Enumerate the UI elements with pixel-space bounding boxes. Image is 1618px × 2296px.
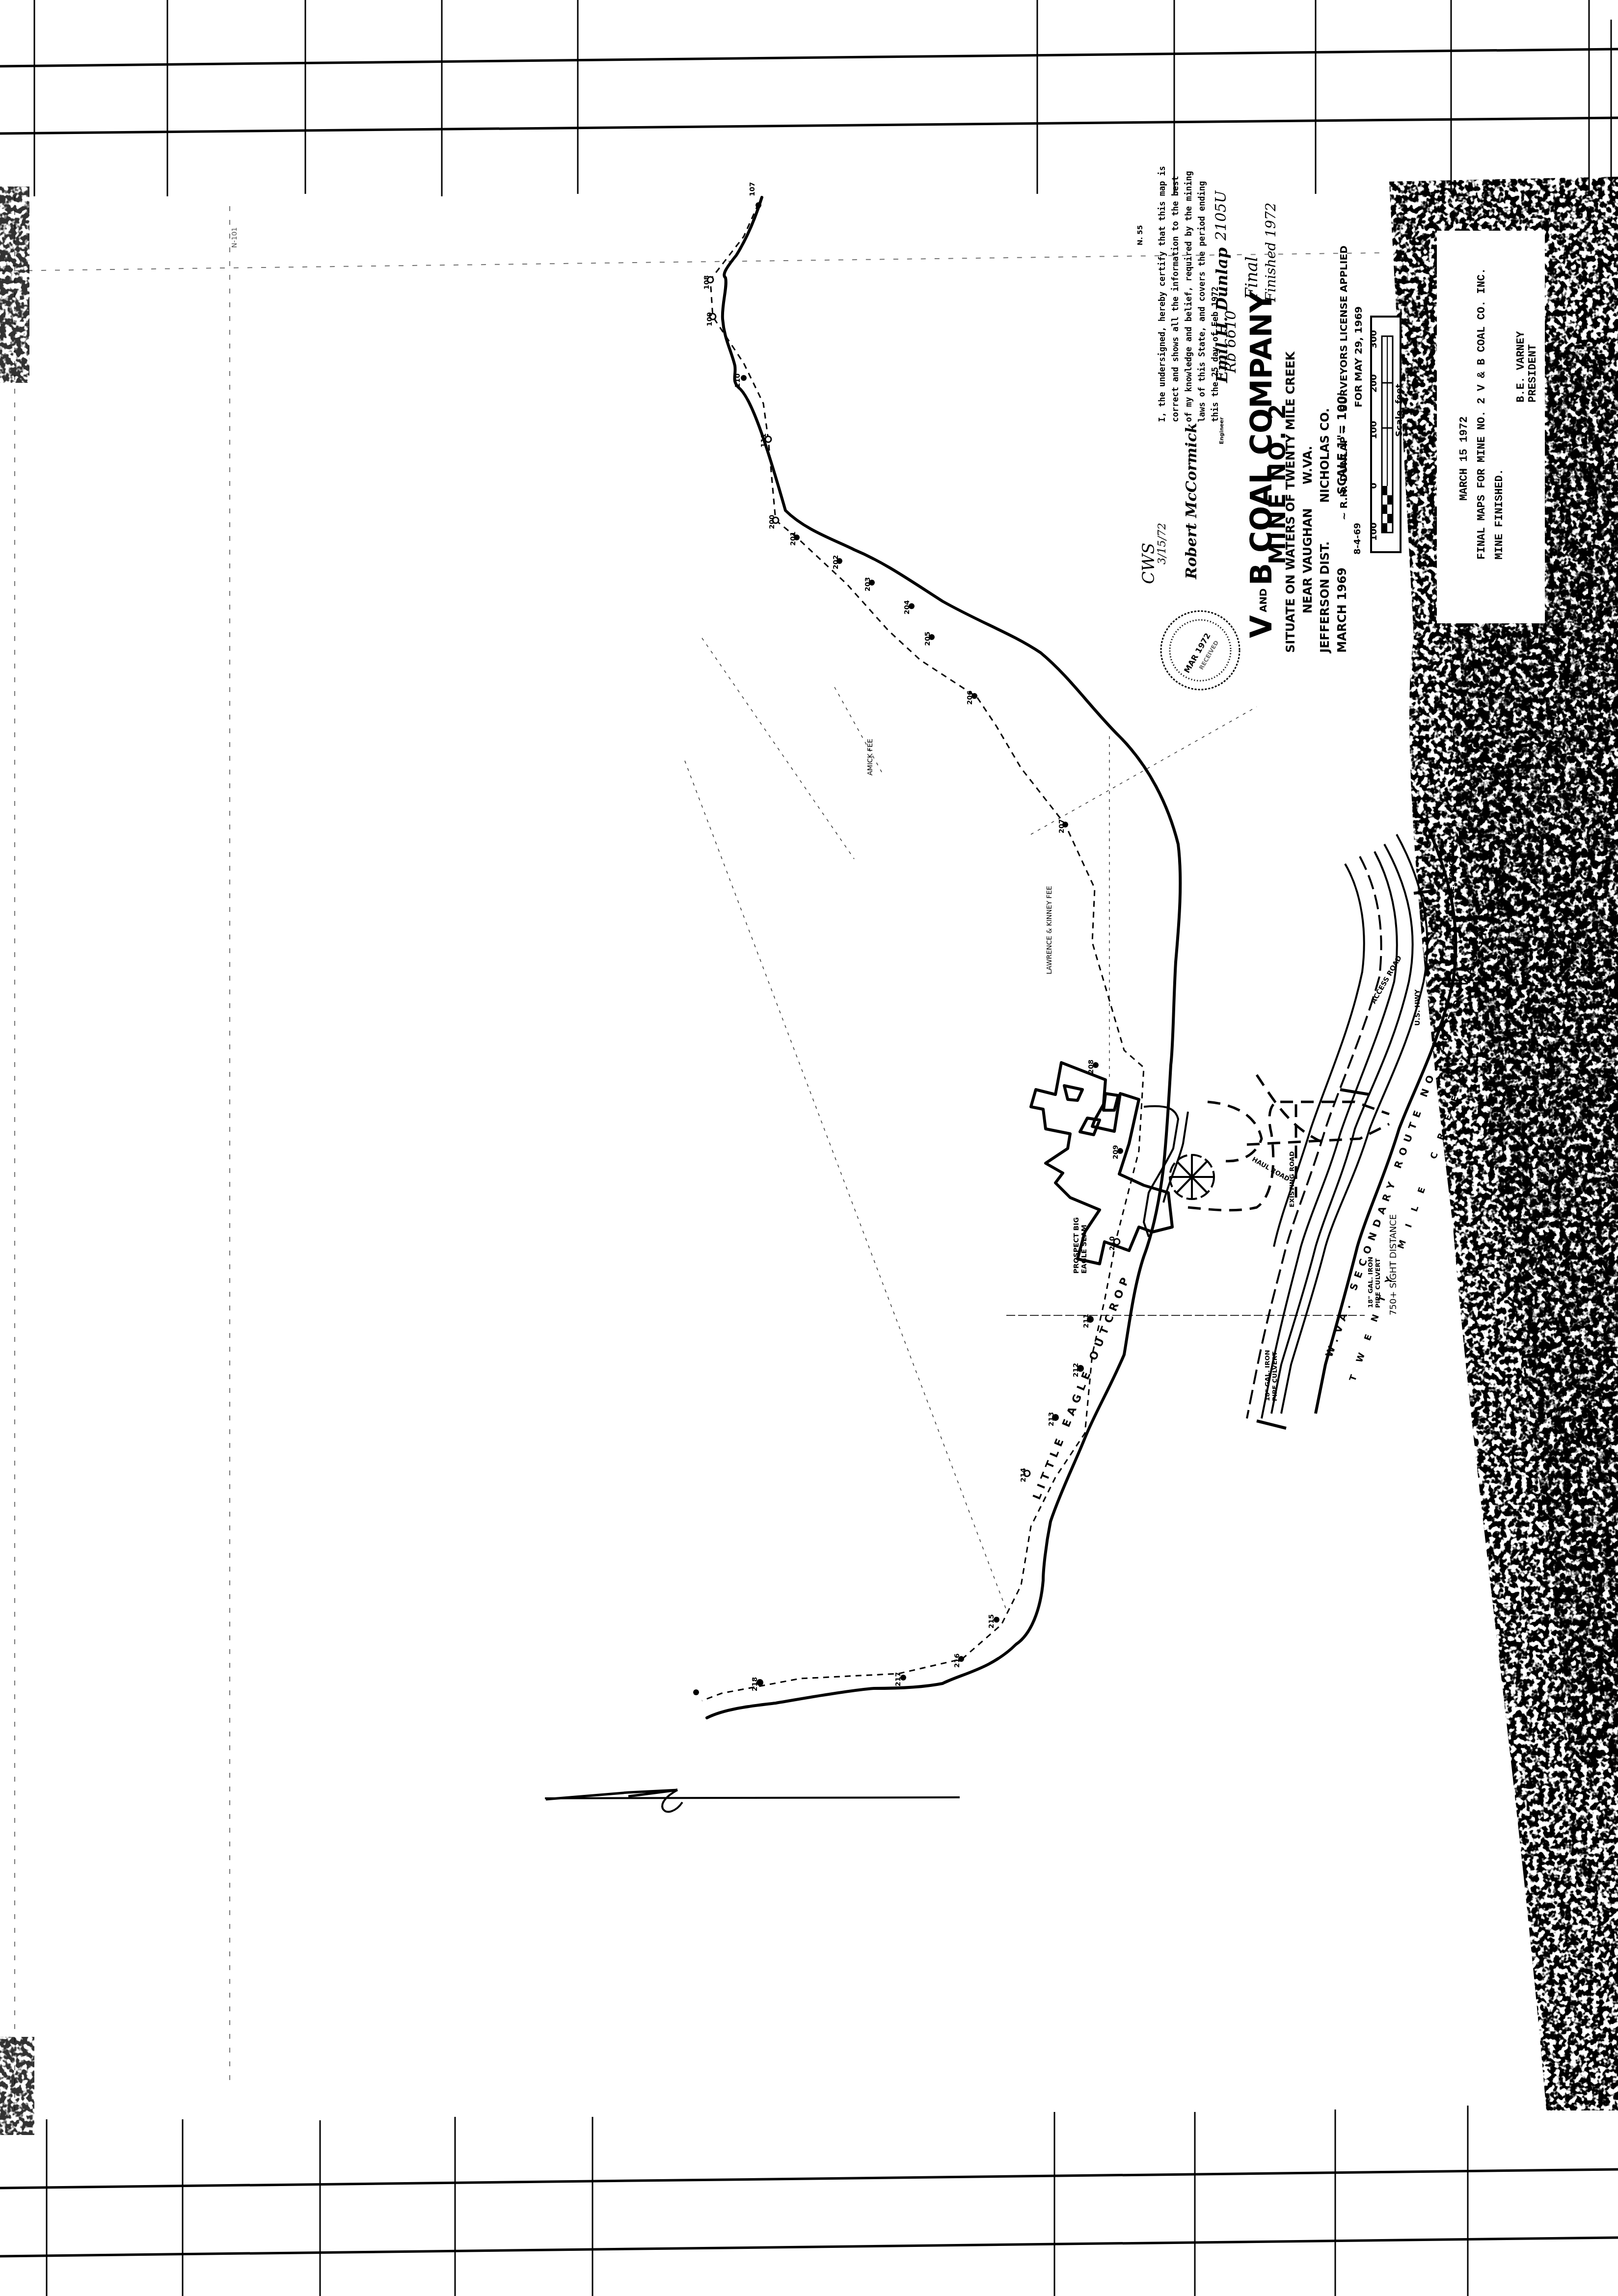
initials-date: 3/15/72 — [1156, 523, 1168, 564]
note-card-text: MARCH 15 1972 FINAL MAPS FOR MINE NO. 2 … — [1456, 268, 1539, 560]
title-revision: 8-4-69 — [1352, 523, 1363, 555]
near-text: NEAR VAUGHAN — [1301, 508, 1315, 614]
station-label: 215 — [988, 1614, 996, 1629]
station-label: 209 — [1112, 1145, 1120, 1159]
annotation-final: Final — [1242, 256, 1262, 299]
district-text: JEFFERSON DIST. — [1318, 541, 1332, 653]
station-label: 204 — [903, 600, 911, 614]
situate-text: SITUATE ON WATERS OF TWENTY MILE CREEK — [1284, 351, 1297, 653]
label-existing-road: EXISTING ROAD — [1289, 1151, 1296, 1207]
title-situate: SITUATE ON WATERS OF TWENTY MILE CREEK — [1284, 351, 1297, 653]
label-culvert-2: 18" GAL. IRON PIPE CULVERT — [1264, 1347, 1279, 1401]
station-label: 207 — [1058, 819, 1066, 833]
engineer-signature: Emil H. Dunlap — [1213, 247, 1231, 383]
station-label: 108 — [703, 275, 711, 290]
date-text: MARCH 1969 — [1335, 567, 1349, 653]
station-label: 110 — [734, 374, 742, 388]
station-label: 202 — [832, 555, 840, 569]
scale-caption: Scale, feet — [1394, 384, 1404, 437]
cert-line-1: I, the undersigned, hereby certify that … — [1156, 166, 1169, 422]
scale-tick-0: 0 — [1369, 482, 1379, 489]
scale-tick-neg100: 100 — [1369, 522, 1379, 541]
note-date: MARCH 15 1972 — [1456, 268, 1473, 560]
title-license-date: FOR MAY 29, 1969 — [1352, 306, 1364, 407]
surveyor-name: ~ R.H. DUNLAP ~ — [1338, 425, 1349, 520]
label-grid: N-101 — [231, 227, 239, 248]
label-fee-2: AMICK FEE — [866, 739, 874, 775]
station-label: 212 — [1072, 1363, 1080, 1377]
station-label: 109 — [706, 312, 714, 326]
state-text: W.VA. — [1301, 446, 1315, 484]
cert-line-3: of my knowledge and belief, required by … — [1183, 166, 1196, 422]
cert-line-2: correct and shows all the information to… — [1169, 166, 1183, 422]
coordinate-grid — [0, 196, 1384, 2110]
label-highway: U.S. HWY — [1414, 989, 1422, 1026]
station-label: 203 — [864, 577, 872, 591]
title-near: NEAR VAUGHAN W.VA. — [1301, 446, 1315, 614]
engineer-caption: Engineer — [1218, 417, 1225, 444]
title-district: JEFFERSON DIST. NICHOLAS CO. — [1318, 408, 1332, 653]
station-label: 200 — [768, 515, 776, 529]
label-fee-1: LAWRENCE & KINNEY FEE — [1046, 886, 1053, 974]
note-signer-title: PRESIDENT — [1527, 268, 1539, 560]
station-label: 208 — [1087, 1060, 1095, 1074]
station-label: 111 — [760, 433, 768, 448]
title-surveyor: ~ R.H. DUNLAP ~ SURVEYORS LICENSE APPLIE… — [1338, 245, 1349, 520]
initials-signature: CWS — [1139, 543, 1159, 584]
station-label: 218 — [751, 1677, 759, 1691]
station-label: 213 — [1048, 1412, 1055, 1426]
note-line-2: MINE FINISHED. — [1491, 268, 1509, 560]
label-railroad: L.E. LONGMAN — [1448, 842, 1456, 898]
scale-tick-300: 300 — [1369, 330, 1379, 348]
top-grid-border — [0, 0, 1618, 196]
property-lines — [685, 638, 1257, 1610]
bottom-grid-border — [0, 2106, 1618, 2296]
label-sight-distance: 750+ SIGHT DISTANCE — [1388, 1214, 1399, 1315]
label-prospect: PROSPECT BIG EAGLE SEAM — [1073, 1215, 1088, 1274]
company-and: AND — [1257, 588, 1269, 613]
license-text: SURVEYORS LICENSE APPLIED — [1338, 245, 1349, 411]
license-number: 2105U — [1213, 190, 1230, 240]
station-label: 205 — [924, 632, 932, 646]
station-label: 107 — [749, 182, 756, 196]
station-label: 206 — [966, 691, 974, 705]
cert-line-4: laws of this State, and covers the perio… — [1196, 166, 1209, 422]
north-arrow-icon — [545, 1790, 960, 1812]
note-signer: B.E. VARNEY — [1515, 268, 1527, 560]
county-text: NICHOLAS CO. — [1318, 408, 1332, 503]
station-label: 210 — [1108, 1236, 1116, 1251]
station-label: 211 — [1082, 1314, 1090, 1328]
station-label: 214 — [1020, 1468, 1027, 1482]
station-label: 216 — [953, 1654, 961, 1668]
station-label: 217 — [894, 1672, 902, 1686]
approver-signature: Robert McCormick — [1183, 423, 1200, 579]
license-date: FOR MAY 29, 1969 — [1352, 306, 1364, 407]
scan-noise-left — [0, 187, 34, 2135]
note-line-1: FINAL MAPS FOR MINE NO. 2 V & B COAL CO.… — [1473, 268, 1491, 560]
north-label: N. 55 — [1136, 225, 1144, 245]
annotation-finished: Finished 1972 — [1263, 203, 1279, 302]
company-prefix: V — [1244, 615, 1279, 638]
scale-tick-100: 100 — [1369, 421, 1379, 439]
station-label: 201 — [789, 532, 797, 546]
scale-tick-200: 200 — [1369, 374, 1379, 393]
traverse-line — [702, 204, 1144, 1701]
label-culvert-1: 18" GAL. IRON PIPE CULVERT — [1367, 1249, 1382, 1308]
revision-date: 8-4-69 — [1352, 523, 1363, 555]
